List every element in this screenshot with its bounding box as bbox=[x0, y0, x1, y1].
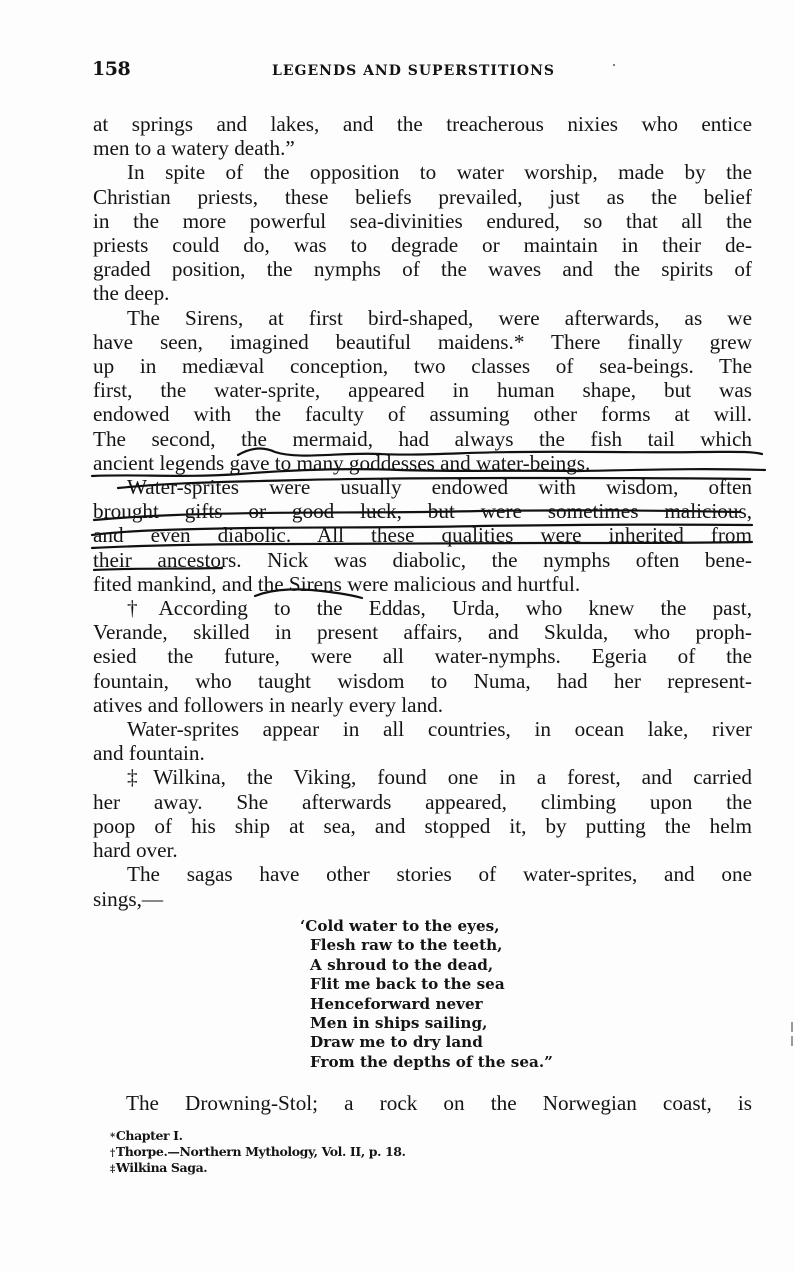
text-line: the deep. bbox=[93, 281, 752, 305]
poem-line: A shroud to the dead, bbox=[298, 956, 553, 975]
footnote-1: *Chapter I. bbox=[110, 1129, 406, 1145]
footnote-mark: ‡ bbox=[110, 1164, 115, 1175]
footnote-3: ‡Wilkina Saga. bbox=[110, 1161, 406, 1177]
text-line: fited mankind, and the Sirens were malic… bbox=[93, 572, 752, 596]
body-text: at springs and lakes, and the treacherou… bbox=[93, 112, 752, 911]
footnote-2: †Thorpe.—Northern Mythology, Vol. II, p.… bbox=[110, 1145, 406, 1161]
poem-line: Draw me to dry land bbox=[298, 1033, 553, 1052]
text-line: their ancestors. Nick was diabolic, the … bbox=[93, 548, 752, 572]
print-speck bbox=[613, 64, 615, 66]
poem-line: From the depths of the sea.” bbox=[298, 1053, 553, 1072]
running-title: LEGENDS AND SUPERSTITIONS bbox=[272, 63, 555, 79]
scan-mark bbox=[791, 1022, 793, 1032]
poem-line: Men in ships sailing, bbox=[298, 1014, 553, 1033]
text-line: up in mediæval conception, two classes o… bbox=[93, 354, 752, 378]
poem-line: ‘Cold water to the eyes, bbox=[298, 917, 553, 936]
text-line: poop of his ship at sea, and stopped it,… bbox=[93, 814, 752, 838]
footnote-text: Wilkina Saga. bbox=[116, 1160, 207, 1175]
text-line: and even diabolic. All these qualities w… bbox=[93, 523, 752, 547]
running-header: 158 LEGENDS AND SUPERSTITIONS bbox=[92, 58, 752, 86]
text-line: priests could do, was to degrade or main… bbox=[93, 233, 752, 257]
text-line: have seen, imagined beautiful maidens.* … bbox=[93, 330, 752, 354]
text-line: ‡Wilkina, the Viking, found one in a for… bbox=[93, 765, 752, 789]
text-line: atives and followers in nearly every lan… bbox=[93, 693, 752, 717]
text-line: men to a watery death.” bbox=[93, 136, 752, 160]
text-line: and fountain. bbox=[93, 741, 752, 765]
text-line: esied the future, were all water-nymphs.… bbox=[93, 644, 752, 668]
text-line: at springs and lakes, and the treacherou… bbox=[93, 112, 752, 136]
text-line: hard over. bbox=[93, 838, 752, 862]
text-line: In spite of the opposition to water wors… bbox=[93, 160, 752, 184]
book-page: 158 LEGENDS AND SUPERSTITIONS at springs… bbox=[0, 0, 795, 1273]
scan-mark bbox=[791, 1036, 793, 1046]
text-line: graded position, the nymphs of the waves… bbox=[93, 257, 752, 281]
footnote-text: Chapter I. bbox=[116, 1128, 183, 1143]
footnotes: *Chapter I. †Thorpe.—Northern Mythology,… bbox=[110, 1129, 406, 1177]
closing-text-line: The Drowning-Stol; a rock on the Norwegi… bbox=[126, 1091, 752, 1116]
text-line: The second, the mermaid, had always the … bbox=[93, 427, 752, 451]
text-line: ancient legends gave to many goddesses a… bbox=[93, 451, 752, 475]
text-line: sings,— bbox=[93, 887, 752, 911]
poem-line: Henceforward never bbox=[298, 995, 553, 1014]
text-line: Verande, skilled in present affairs, and… bbox=[93, 620, 752, 644]
text-line: brought gifts or good luck, but were som… bbox=[93, 499, 752, 523]
text-line: The Sirens, at first bird-shaped, were a… bbox=[93, 306, 752, 330]
poem-line: Flit me back to the sea bbox=[298, 975, 553, 994]
text-line: The sagas have other stories of water-sp… bbox=[93, 862, 752, 886]
text-line: endowed with the faculty of assuming oth… bbox=[93, 402, 752, 426]
text-line: Water-sprites were usually endowed with … bbox=[93, 475, 752, 499]
text-line: her away. She afterwards appeared, climb… bbox=[93, 790, 752, 814]
footnote-mark: * bbox=[110, 1132, 115, 1143]
footnote-text: Thorpe.—Northern Mythology, Vol. II, p. … bbox=[116, 1144, 406, 1159]
text-line: first, the water-sprite, appeared in hum… bbox=[93, 378, 752, 402]
poem-line: Flesh raw to the teeth, bbox=[298, 936, 553, 955]
footnote-mark: † bbox=[110, 1148, 115, 1159]
page-number: 158 bbox=[92, 58, 130, 80]
text-line: Water-sprites appear in all countries, i… bbox=[93, 717, 752, 741]
text-line: †According to the Eddas, Urda, who knew … bbox=[93, 596, 752, 620]
text-line: fountain, who taught wisdom to Numa, had… bbox=[93, 669, 752, 693]
margin-scan-marks bbox=[791, 1022, 793, 1050]
text-line: in the more powerful sea-divinities endu… bbox=[93, 209, 752, 233]
text-line: Christian priests, these beliefs prevail… bbox=[93, 185, 752, 209]
poem-block: ‘Cold water to the eyes, Flesh raw to th… bbox=[298, 917, 553, 1072]
